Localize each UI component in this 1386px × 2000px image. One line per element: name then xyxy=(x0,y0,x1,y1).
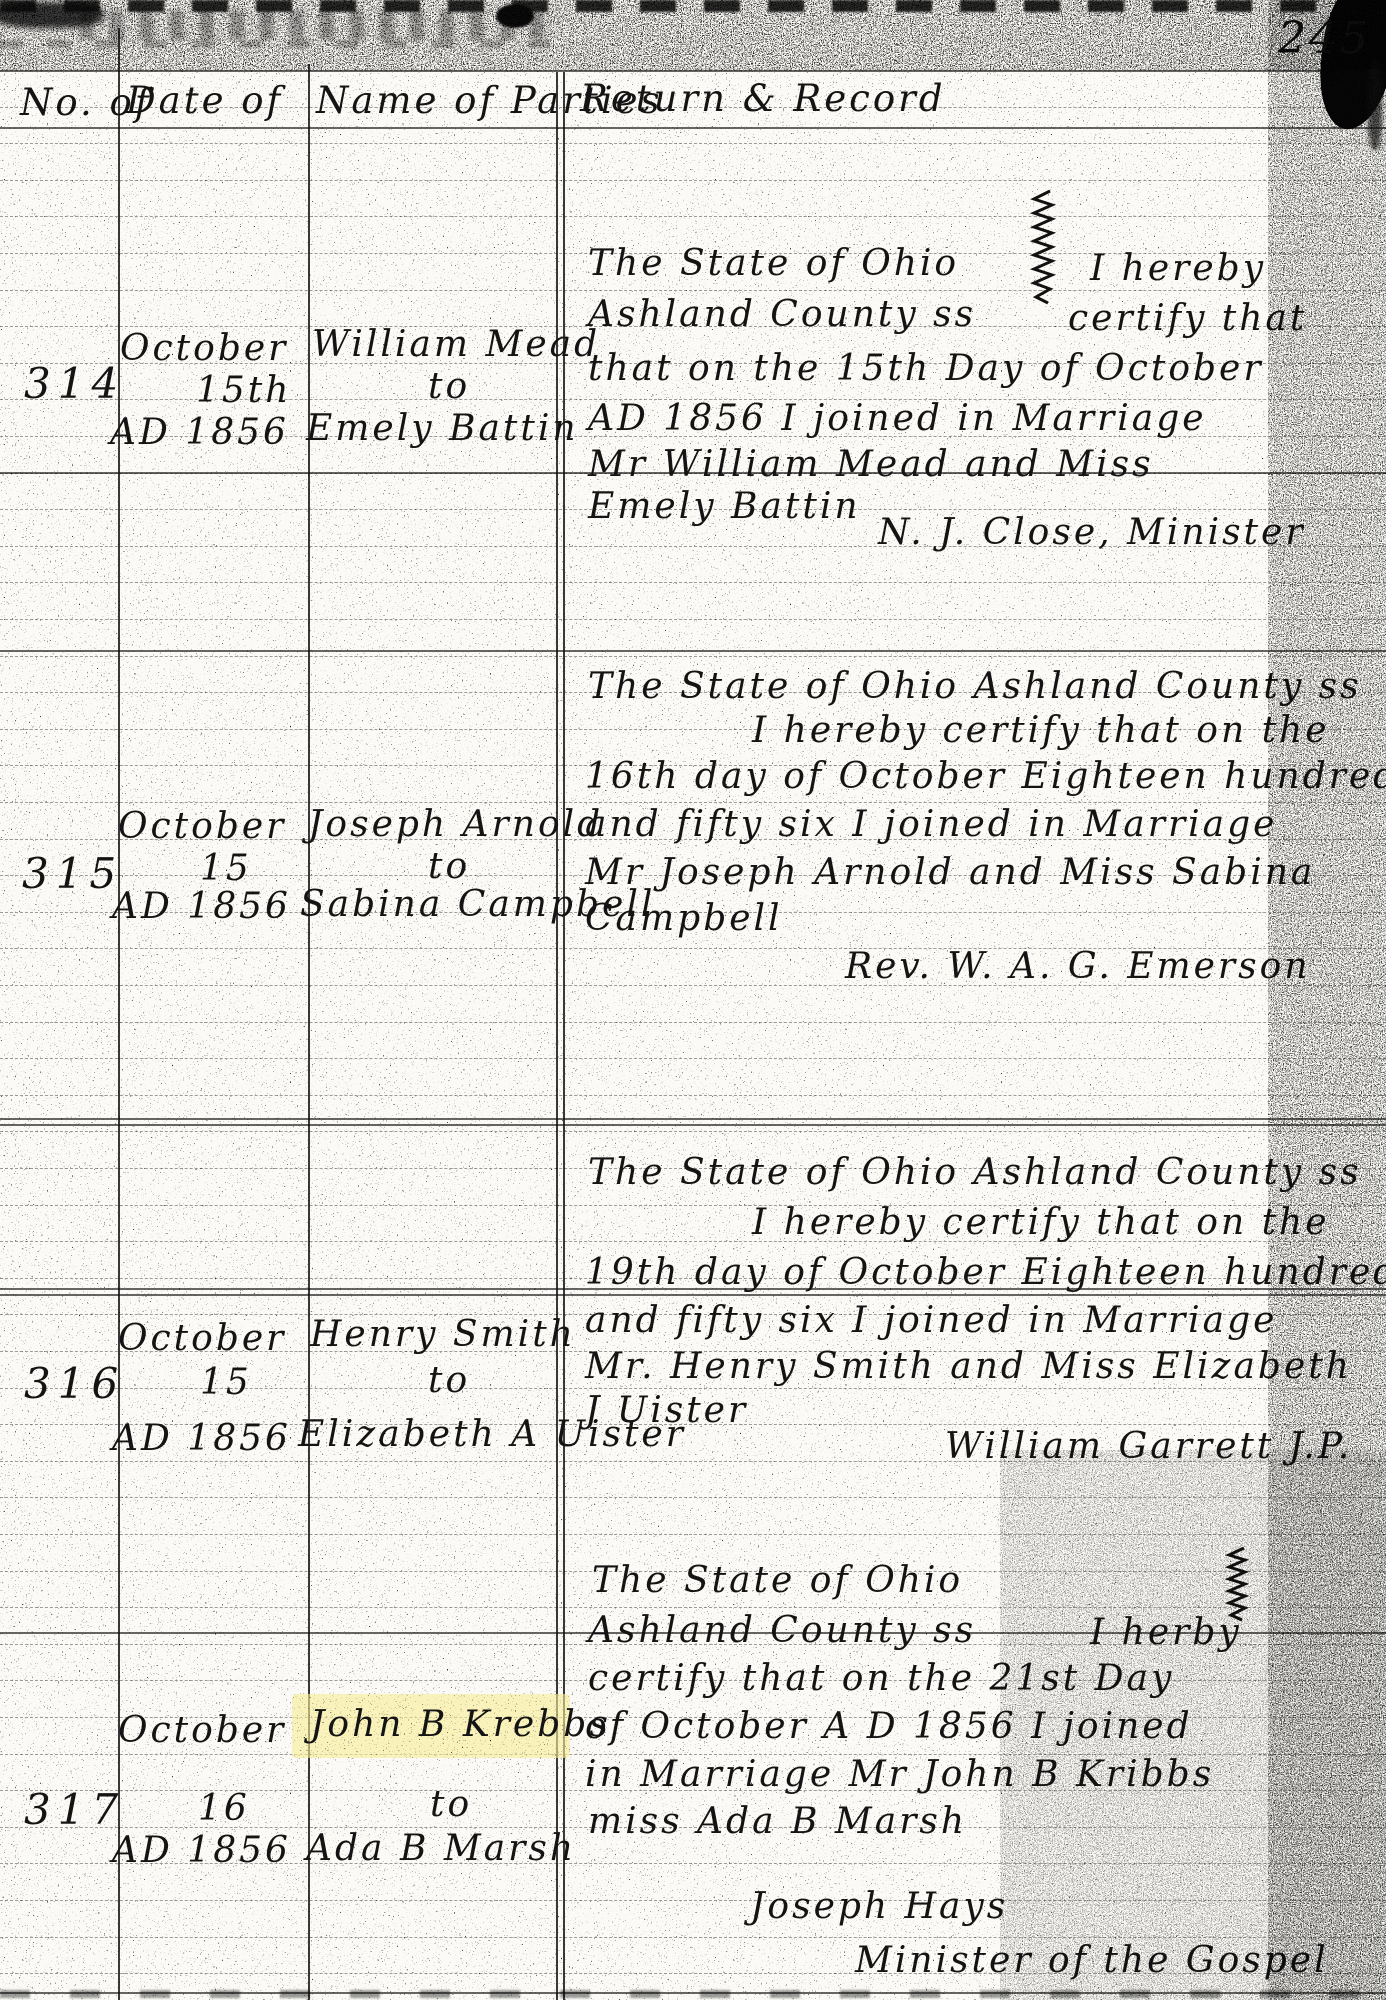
record-signature: Rev. W. A. G. Emerson xyxy=(845,948,1310,986)
date-month: October xyxy=(118,1712,286,1750)
record-line: Campbell xyxy=(585,900,783,938)
record-signature: N. J. Close, Minister xyxy=(878,514,1306,552)
record-line: that on the 15th Day of October xyxy=(588,350,1264,388)
entry-number: 317 xyxy=(24,1788,125,1832)
date-month: October xyxy=(118,808,286,846)
record-line: certify that on the 21st Day xyxy=(588,1660,1174,1698)
entry-number: 314 xyxy=(24,362,125,406)
record-line: 16th day of October Eighteen hundred xyxy=(585,758,1386,796)
entry-number: 315 xyxy=(22,852,123,896)
date-month: October xyxy=(118,1320,286,1358)
ink-smudge xyxy=(0,2,104,28)
column-divider-1 xyxy=(118,28,120,2000)
record-line: Ashland County ss xyxy=(588,1612,976,1650)
ink-smudge xyxy=(496,4,534,28)
party-groom: Joseph Arnold xyxy=(308,806,603,844)
record-line: and fifty six I joined in Marriage xyxy=(585,806,1277,844)
record-signature: Joseph Hays xyxy=(750,1888,1008,1926)
date-day: 16 xyxy=(198,1790,250,1828)
record-line: miss Ada B Marsh xyxy=(588,1803,967,1841)
party-to: to xyxy=(430,1786,472,1824)
record-line: I hereby xyxy=(1090,250,1266,288)
page-number: 245 xyxy=(1278,16,1371,62)
record-line: I hereby certify that on the xyxy=(752,1204,1330,1242)
record-line: I herby xyxy=(1090,1614,1242,1652)
record-signature-title: Minister of the Gospel xyxy=(855,1942,1329,1980)
record-line: Mr. Henry Smith and Miss Elizabeth xyxy=(585,1348,1352,1386)
date-year: AD 1856 xyxy=(112,1832,291,1870)
date-day: 15 xyxy=(200,850,252,888)
date-year: AD 1856 xyxy=(112,1420,291,1458)
party-groom: Henry Smith xyxy=(310,1316,576,1354)
record-line: Mr Joseph Arnold and Miss Sabina xyxy=(585,854,1315,892)
record-line: Emely Battin xyxy=(588,488,861,526)
record-line: The State of Ohio Ashland County ss xyxy=(588,1154,1362,1192)
date-month: October xyxy=(120,330,288,368)
record-line: certify that xyxy=(1068,300,1307,338)
party-bride: Ada B Marsh xyxy=(306,1830,576,1868)
brace-squiggle-icon xyxy=(1224,1546,1250,1622)
date-day: 15th xyxy=(196,372,291,410)
record-line: J Uister xyxy=(585,1392,748,1430)
record-line: I hereby certify that on the xyxy=(752,712,1330,750)
party-to: to xyxy=(428,1362,470,1400)
record-line: Mr William Mead and Miss xyxy=(588,446,1154,484)
ink-smudge xyxy=(1368,60,1382,150)
brace-squiggle-icon xyxy=(1028,188,1058,306)
party-groom-highlighted: John B Krebbs xyxy=(310,1706,611,1744)
date-year: AD 1856 xyxy=(112,888,291,926)
ink-smudge xyxy=(80,10,560,40)
entry-number: 316 xyxy=(24,1362,125,1406)
column-header-date: Date of xyxy=(126,82,283,121)
column-header-return: Return & Record xyxy=(580,80,946,119)
record-line: Ashland County ss xyxy=(588,296,976,334)
party-to: to xyxy=(428,368,470,406)
ink-smudge xyxy=(0,0,1386,12)
record-line: The State of Ohio xyxy=(588,245,959,283)
party-groom: William Mead xyxy=(312,326,600,364)
record-signature: William Garrett J.P. xyxy=(945,1428,1352,1466)
party-to: to xyxy=(428,848,470,886)
record-line: AD 1856 I joined in Marriage xyxy=(588,400,1207,438)
ink-smudge xyxy=(0,40,560,48)
date-day: 15 xyxy=(200,1364,252,1402)
record-line: in Marriage Mr John B Kribbs xyxy=(585,1756,1214,1794)
record-line: The State of Ohio xyxy=(592,1562,963,1600)
record-line: of October A D 1856 I joined xyxy=(585,1708,1193,1746)
party-bride: Emely Battin xyxy=(306,410,579,448)
scanned-ledger-page: 245 No. of Date of Name of Parties Retur… xyxy=(0,0,1386,2000)
record-line: 19th day of October Eighteen hundred xyxy=(585,1254,1386,1292)
record-line: and fifty six I joined in Marriage xyxy=(585,1302,1277,1340)
record-line: The State of Ohio Ashland County ss xyxy=(588,668,1362,706)
date-year: AD 1856 xyxy=(110,414,289,452)
